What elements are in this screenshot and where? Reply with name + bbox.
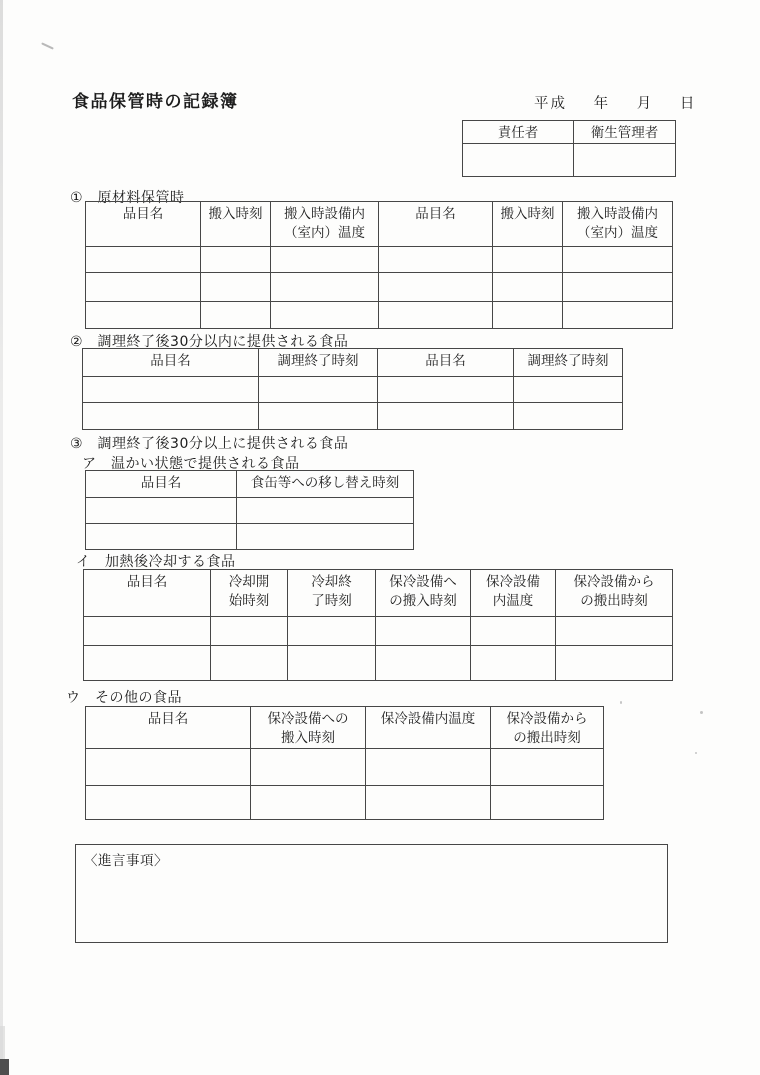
entry-cell [366,748,491,785]
pencil-mark-artifact [41,42,54,49]
entry-cell [86,498,237,524]
header-responsible-person: 責任者 [463,121,574,144]
header-carry-in-time: 搬入時刻 [493,202,563,247]
entry-cell [86,785,251,819]
entry-cell [493,302,563,329]
header-cold-storage-in-time: 保冷設備へ の搬入時刻 [376,570,471,617]
header-item-name: 品目名 [378,349,514,377]
header-item-name: 品目名 [83,349,259,377]
entry-cell [366,785,491,819]
header-cold-storage-temp: 保冷設備内温度 [366,707,491,749]
header-equipment-room-temp: 搬入時設備内 （室内）温度 [271,202,379,247]
date-line: 平成 年 月 日 [534,92,696,113]
served-within-30min-table: 品目名 調理終了時刻 品目名 調理終了時刻 [82,348,623,430]
scan-corner-smudge [0,1026,5,1060]
entry-cell [251,785,366,819]
entry-cell [514,403,623,430]
entry-cell [271,302,379,329]
header-cold-storage-temp: 保冷設備 内温度 [471,570,556,617]
entry-cell [376,617,471,646]
date-month-label: 月 [637,96,654,112]
approval-table: 責任者 衛生管理者 [462,120,676,177]
entry-cell [86,748,251,785]
scan-speck [695,752,697,754]
entry-cell [563,247,673,273]
entry-cell [86,524,237,550]
notes-box: 〈進言事項〉 [75,844,668,943]
entry-cell [378,377,514,403]
page-title: 食品保管時の記録簿 [72,87,239,112]
entry-cell [237,524,414,550]
entry-cell [211,617,288,646]
header-equipment-room-temp: 搬入時設備内 （室内）温度 [563,202,673,247]
entry-cell [493,247,563,273]
entry-cell [201,302,271,329]
entry-cell [83,403,259,430]
header-carry-in-time: 搬入時刻 [201,202,271,247]
entry-cell [201,273,271,302]
entry-cell [251,748,366,785]
header-item-name: 品目名 [86,707,251,749]
scan-speck [700,711,703,714]
entry-cell [378,403,514,430]
entry-cell [379,273,493,302]
header-cooling-start-time: 冷却開 始時刻 [211,570,288,617]
header-cooking-end-time: 調理終了時刻 [514,349,623,377]
entry-cell [563,302,673,329]
entry-cell [271,273,379,302]
entry-cell [84,646,211,681]
entry-cell [514,377,623,403]
scan-left-edge-artifact [0,0,3,1075]
subsection-b-label: イ 加熱後冷却する食品 [76,551,236,571]
entry-cell [86,302,201,329]
date-day-label: 日 [680,96,697,112]
entry-cell [491,785,604,819]
entry-cell [201,247,271,273]
entry-cell [84,617,211,646]
signature-cell [463,144,574,177]
entry-cell [379,247,493,273]
entry-cell [86,247,201,273]
header-cold-storage-in-time: 保冷設備への 搬入時刻 [251,707,366,749]
scan-corner-mark [0,1059,9,1075]
entry-cell [288,646,376,681]
entry-cell [471,617,556,646]
header-item-name: 品目名 [84,570,211,617]
entry-cell [83,377,259,403]
entry-cell [556,646,673,681]
section3-label: ③ 調理終了後30分以上に提供される食品 [70,433,348,453]
entry-cell [237,498,414,524]
header-cold-storage-out-time: 保冷設備から の搬出時刻 [491,707,604,749]
entry-cell [271,247,379,273]
hot-served-table: 品目名 食缶等への移し替え時刻 [85,470,414,550]
entry-cell [563,273,673,302]
entry-cell [288,617,376,646]
scanned-form-page: 食品保管時の記録簿 平成 年 月 日 責任者 衛生管理者 ① 原材料保管時 [0,0,760,1075]
entry-cell [493,273,563,302]
header-item-name: 品目名 [86,471,237,498]
entry-cell [259,377,378,403]
header-transfer-to-container-time: 食缶等への移し替え時刻 [237,471,414,498]
entry-cell [211,646,288,681]
entry-cell [259,403,378,430]
scan-speck [620,701,622,704]
header-item-name: 品目名 [86,202,201,247]
header-cooling-end-time: 冷却終 了時刻 [288,570,376,617]
entry-cell [86,273,201,302]
entry-cell [556,617,673,646]
subsection-c-label: ウ その他の食品 [66,687,182,707]
header-hygiene-manager: 衛生管理者 [574,121,676,144]
raw-materials-table: 品目名 搬入時刻 搬入時設備内 （室内）温度 品目名 搬入時刻 搬入時設備内 （… [85,201,673,329]
entry-cell [471,646,556,681]
signature-cell [574,144,676,177]
entry-cell [491,748,604,785]
entry-cell [376,646,471,681]
date-year-label: 年 [594,96,611,112]
cooled-after-heating-table: 品目名 冷却開 始時刻 冷却終 了時刻 保冷設備へ の搬入時刻 保冷設備 内温度… [83,569,673,681]
header-item-name: 品目名 [379,202,493,247]
date-era-label: 平成 [534,96,567,112]
notes-label: 〈進言事項〉 [84,853,168,869]
entry-cell [379,302,493,329]
other-foods-table: 品目名 保冷設備への 搬入時刻 保冷設備内温度 保冷設備から の搬出時刻 [85,706,604,820]
header-cooking-end-time: 調理終了時刻 [259,349,378,377]
header-cold-storage-out-time: 保冷設備から の搬出時刻 [556,570,673,617]
